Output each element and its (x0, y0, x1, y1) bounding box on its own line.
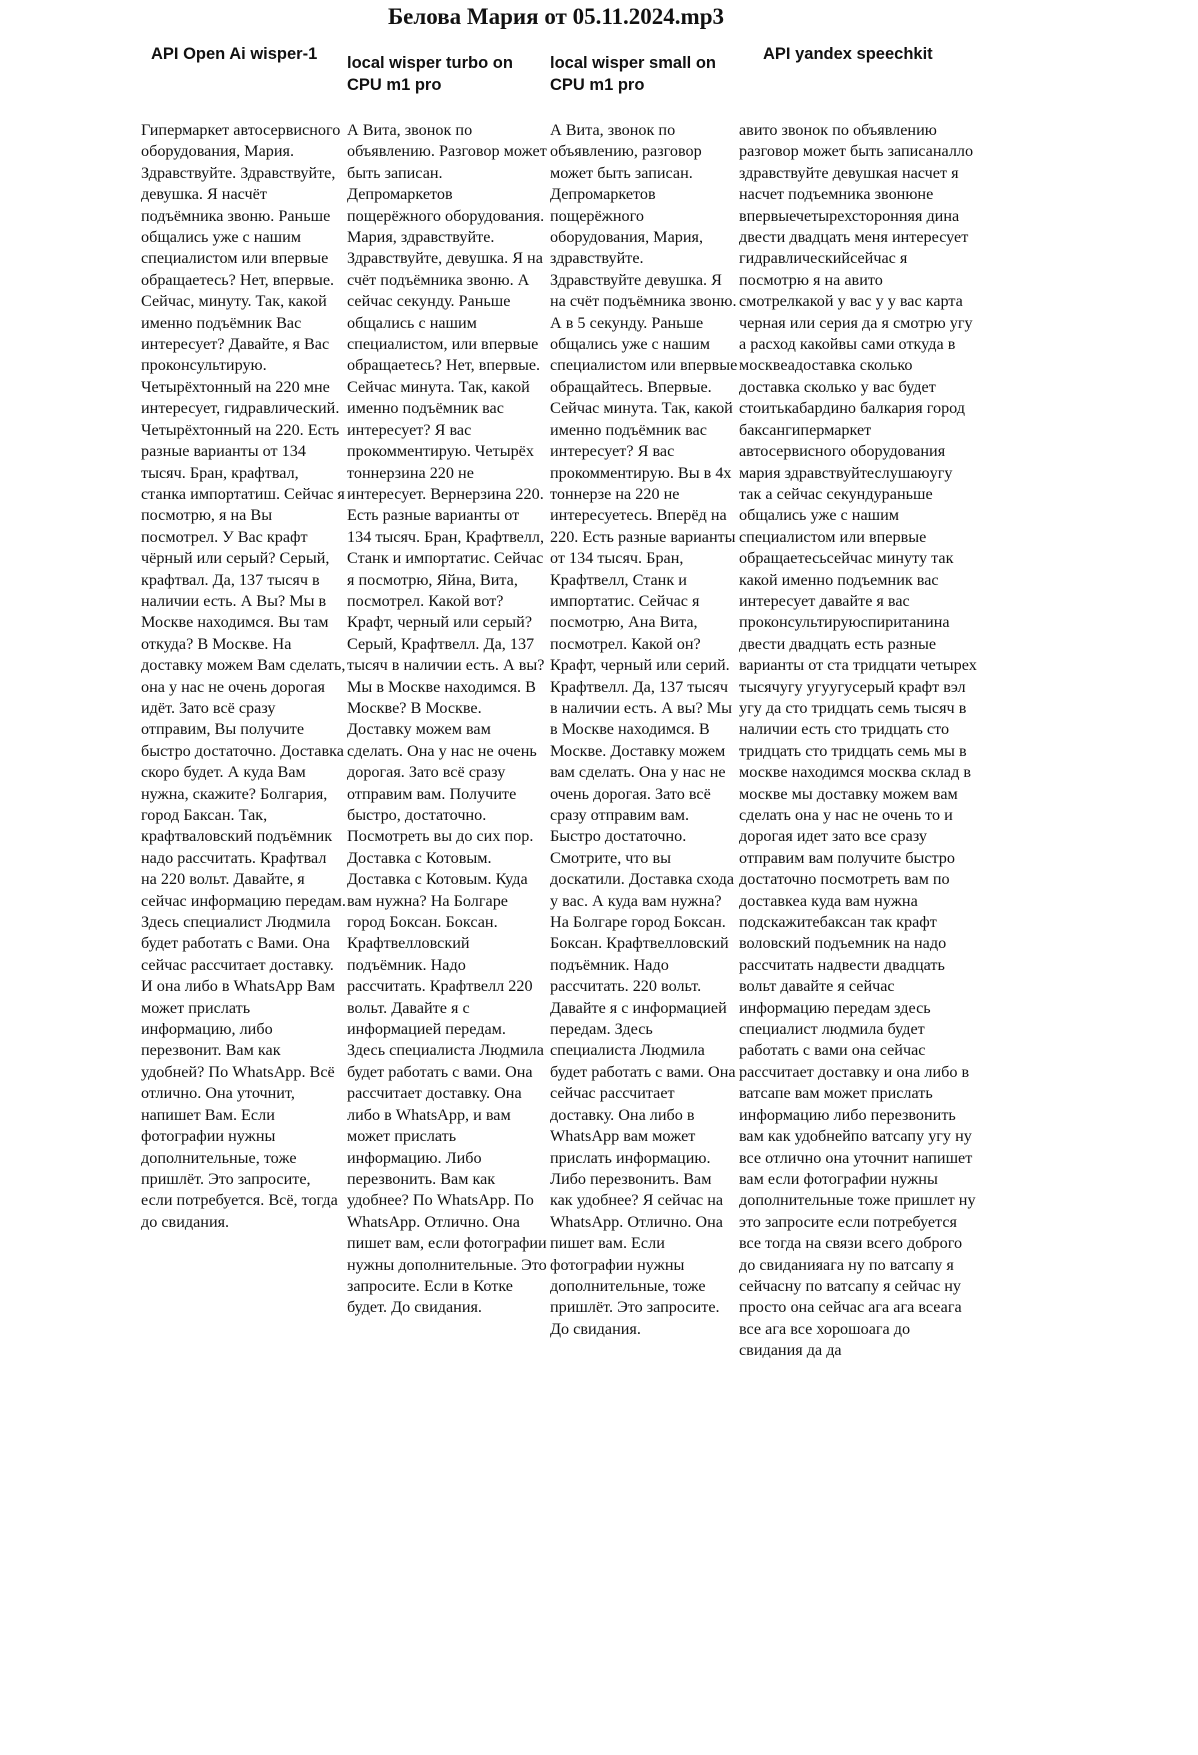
transcript-yandex-speechkit: авито звонок по объявлению разговор може… (739, 120, 977, 1362)
column-header-local-whisper-turbo: local wisper turbo on CPU m1 pro (347, 52, 547, 96)
column-header-openai-whisper: API Open Ai wisper-1 (151, 43, 341, 65)
document-title: Белова Мария от 05.11.2024.mp3 (0, 2, 1112, 32)
transcript-openai-whisper: Гипермаркет автосервисного оборудования,… (141, 120, 346, 1233)
transcript-local-whisper-turbo: А Вита, звонок по объявлению. Разговор м… (347, 120, 547, 1319)
transcript-local-whisper-small: А Вита, звонок по объявлению, разговор м… (550, 120, 738, 1340)
column-header-yandex-speechkit: API yandex speechkit (763, 43, 983, 65)
column-header-local-whisper-small: local wisper small on CPU m1 pro (550, 52, 738, 96)
